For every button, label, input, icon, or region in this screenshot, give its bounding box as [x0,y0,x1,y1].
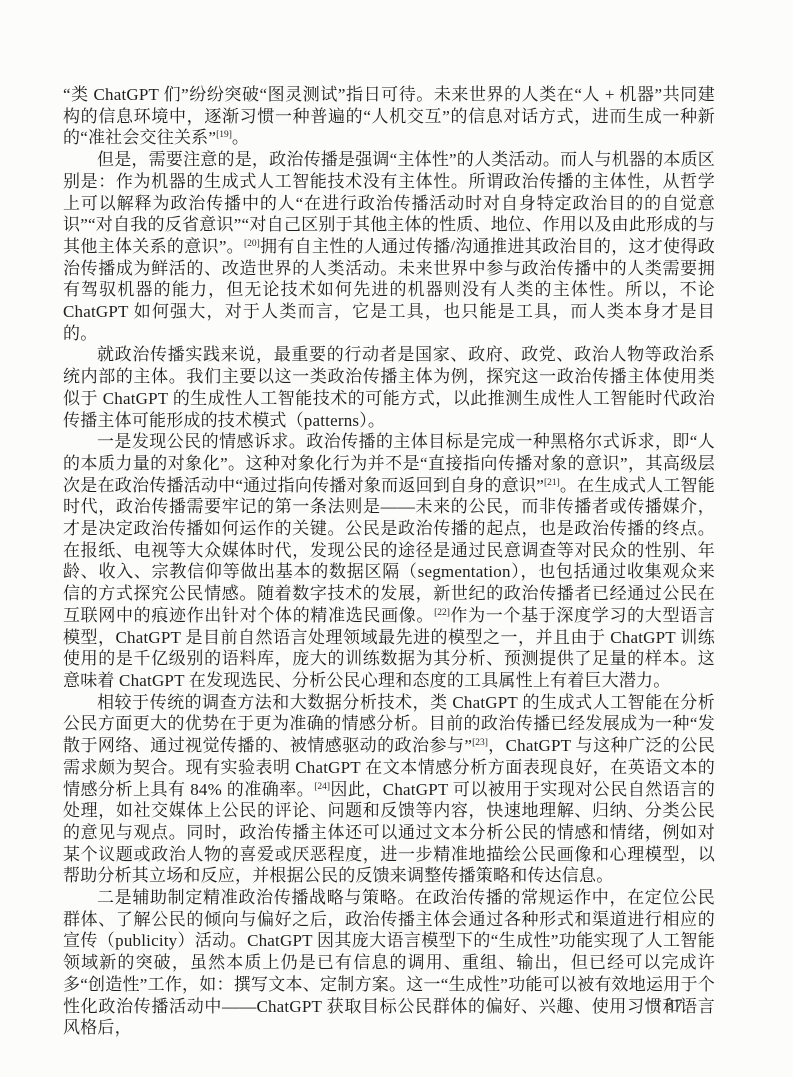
page-number: · 37 · [655,997,695,1015]
paragraph: “类 ChatGPT 们”纷纷突破“图灵测试”指日可待。未来世界的人类在“人 +… [63,84,715,149]
citation-ref: [19] [216,130,232,140]
citation-ref: [24] [314,782,330,792]
citation-ref: [22] [434,608,450,618]
article-body: “类 ChatGPT 们”纷纷突破“图灵测试”指日可待。未来世界的人类在“人 +… [63,84,715,1039]
text-run: 。在生成式人工智能时代，政治传播需要牢记的第一条法则是——未来的公民，而非传播者… [63,476,715,625]
paragraph: 相较于传统的调查方法和大数据分析技术，类 ChatGPT 的生成式人工智能在分析… [63,692,715,887]
paragraph: 就政治传播实践来说，最重要的行动者是国家、政府、政党、政治人物等政治系统内部的主… [63,344,715,431]
text-run: 二是辅助制定精准政治传播战略与策略。在政治传播的常规运作中，在定位公民群体、了解… [63,888,715,1037]
paragraph: 但是，需要注意的是，政治传播是强调“主体性”的人类活动。而人与机器的本质区别是：… [63,149,715,344]
text-run: 。 [232,128,249,147]
citation-ref: [23] [472,738,488,748]
citation-ref: [21] [544,478,560,488]
paragraph: 二是辅助制定精准政治传播战略与策略。在政治传播的常规运作中，在定位公民群体、了解… [63,887,715,1039]
text-run: 就政治传播实践来说，最重要的行动者是国家、政府、政党、政治人物等政治系统内部的主… [63,345,715,429]
paragraph: 一是发现公民的情感诉求。政治传播的主体目标是完成一种黑格尔式诉求，即“人的本质力… [63,431,715,691]
scanned-paper-page: “类 ChatGPT 们”纷纷突破“图灵测试”指日可待。未来世界的人类在“人 +… [0,0,793,1077]
text-run: “类 ChatGPT 们”纷纷突破“图灵测试”指日可待。未来世界的人类在“人 +… [63,85,715,147]
citation-ref: [20] [244,239,260,249]
